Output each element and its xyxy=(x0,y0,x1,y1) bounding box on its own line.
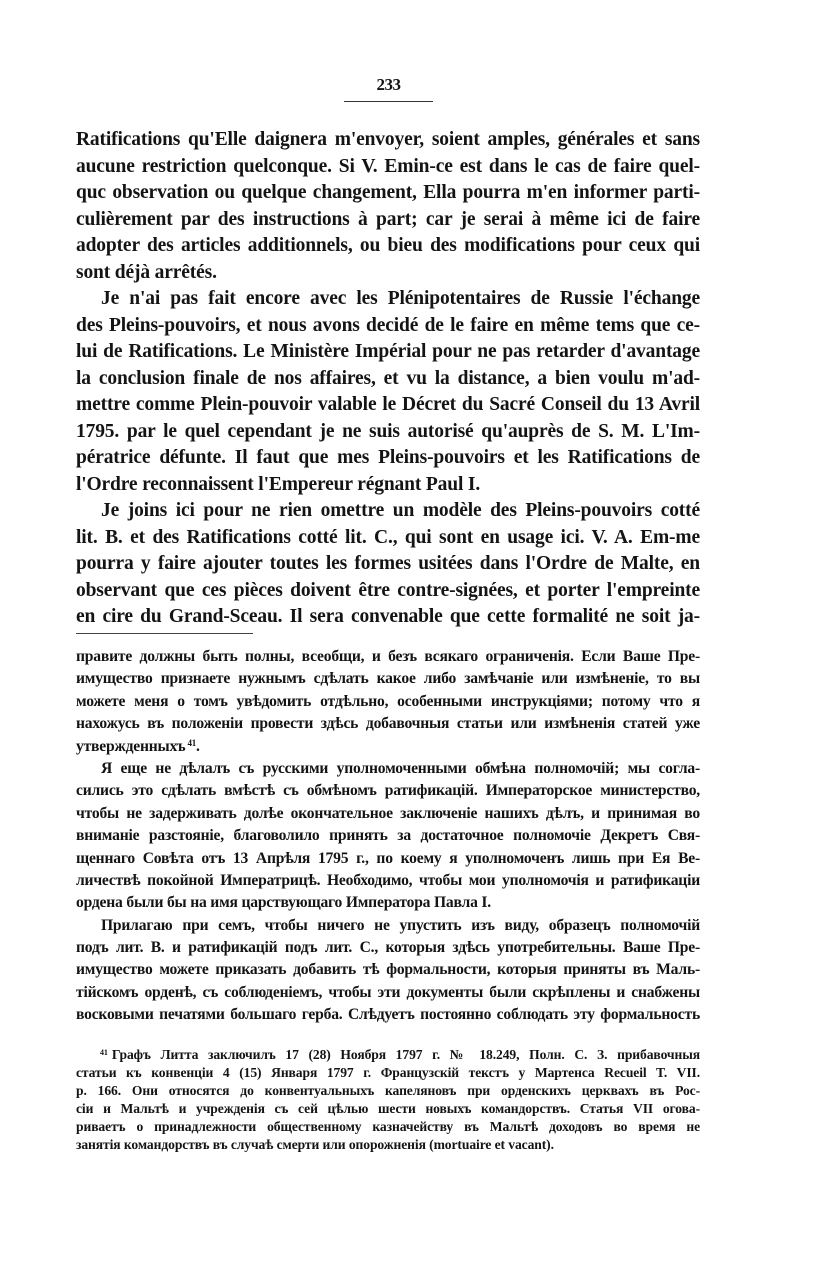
text-line: щеннаго Совѣта отъ 13 Апрѣля 1795 г., по… xyxy=(76,848,700,870)
text-fragment: Графъ Литта заключилъ 17 (28) Ноября 179… xyxy=(112,1047,700,1062)
text-line: lit. B. et des Ratifications cotté lit. … xyxy=(76,525,700,552)
text-line: имущество признаете нужнымъ сдѣлать како… xyxy=(76,668,700,690)
paragraph-start-line: Je n'ai pas fait encore avec les Plénipo… xyxy=(76,286,700,313)
footnote-block: 41Графъ Литта заключилъ 17 (28) Ноября 1… xyxy=(76,1046,700,1154)
text-line: observant que ces pièces doivent être co… xyxy=(76,578,700,605)
page-number: 233 xyxy=(344,74,433,96)
text-line: вниманіе разстояніе, благоволило принять… xyxy=(76,825,700,847)
text-line: тійскомъ орденѣ, съ соблюденіемъ, чтобы … xyxy=(76,982,700,1004)
text-line: adopter des articles additionnels, ou bi… xyxy=(76,233,700,260)
french-text-block: Ratifications qu'Elle daignera m'envoyer… xyxy=(76,127,700,631)
text-line: нахожусь въ положеніи провести здѣсь доб… xyxy=(76,713,700,735)
page-number-underline xyxy=(344,101,433,102)
text-line: pourra y faire ajouter toutes les formes… xyxy=(76,551,700,578)
text-line: сились это сдѣлать вмѣстѣ съ обмѣномъ ра… xyxy=(76,780,700,802)
text-line: сіи и Мальтѣ и учрежденія съ сей цѣлью ш… xyxy=(76,1100,700,1118)
text-line: aucune restriction quelconque. Si V. Emi… xyxy=(76,154,700,181)
text-line: sont déjà arrêtés. xyxy=(76,260,700,287)
text-line: статьи къ конвенціи 4 (15) Января 1797 г… xyxy=(76,1064,700,1082)
text-line: чтобы не задерживать долѣе окончательное… xyxy=(76,803,700,825)
footnote-marker: 41 xyxy=(100,1048,108,1057)
text-line: p. 166. Они относятся до конвентуальныхъ… xyxy=(76,1082,700,1100)
text-line: mettre comme Plein-pouvoir valable le Dé… xyxy=(76,392,700,419)
text-line: подъ лит. В. и ратификацій подъ лит. С.,… xyxy=(76,937,700,959)
text-line: en cire du Grand-Sceau. Il sera convenab… xyxy=(76,604,700,631)
text-line: la conclusion finale de nos affaires, et… xyxy=(76,366,700,393)
text-line: lui de Ratifications. Le Ministère Impér… xyxy=(76,339,700,366)
text-line: Ratifications qu'Elle daignera m'envoyer… xyxy=(76,127,700,154)
text-line: pératrice défunte. Il faut que mes Plein… xyxy=(76,445,700,472)
text-line-with-footnote-ref: утвержденныхъ41. xyxy=(76,736,700,758)
paragraph-start-line: Je joins ici pour ne rien omettre un mod… xyxy=(76,498,700,525)
footnote-reference: 41 xyxy=(187,738,196,748)
russian-translation-block: правите должны быть полны, всеобщи, и бе… xyxy=(76,646,700,1027)
text-line: 1795. par le quel cependant je ne suis a… xyxy=(76,419,700,446)
text-line: имущество можете приказать добавить тѣ ф… xyxy=(76,959,700,981)
text-line: занятія командорствъ въ случаѣ смерти ил… xyxy=(76,1136,700,1154)
text-line: личествѣ покойной Императрицѣ. Необходим… xyxy=(76,870,700,892)
paragraph-start-line: Я еще не дѣлалъ съ русскими уполномоченн… xyxy=(76,758,700,780)
text-line: culièrement par des instructions à part;… xyxy=(76,207,700,234)
text-line: ордена были бы на имя царствующаго Импер… xyxy=(76,892,700,914)
text-line: восковыми печатями большаго герба. Слѣду… xyxy=(76,1004,700,1026)
text-line: l'Ordre reconnaissent l'Empereur régnant… xyxy=(76,472,700,499)
text-line: можете меня о томъ увѣдомить отдѣльно, о… xyxy=(76,691,700,713)
text-line: риваетъ о принадлежности общественному к… xyxy=(76,1118,700,1136)
text-line: quc observation ou quelque changement, E… xyxy=(76,180,700,207)
text-line: правите должны быть полны, всеобщи, и бе… xyxy=(76,646,700,668)
paragraph-start-line: Прилагаю при семъ, чтобы ничего не упуст… xyxy=(76,915,700,937)
text-fragment: утвержденныхъ xyxy=(76,738,185,755)
text-line: des Pleins-pouvoirs, et nous avons decid… xyxy=(76,313,700,340)
section-divider-rule xyxy=(76,633,253,634)
footnote-first-line: 41Графъ Литта заключилъ 17 (28) Ноября 1… xyxy=(76,1046,700,1064)
